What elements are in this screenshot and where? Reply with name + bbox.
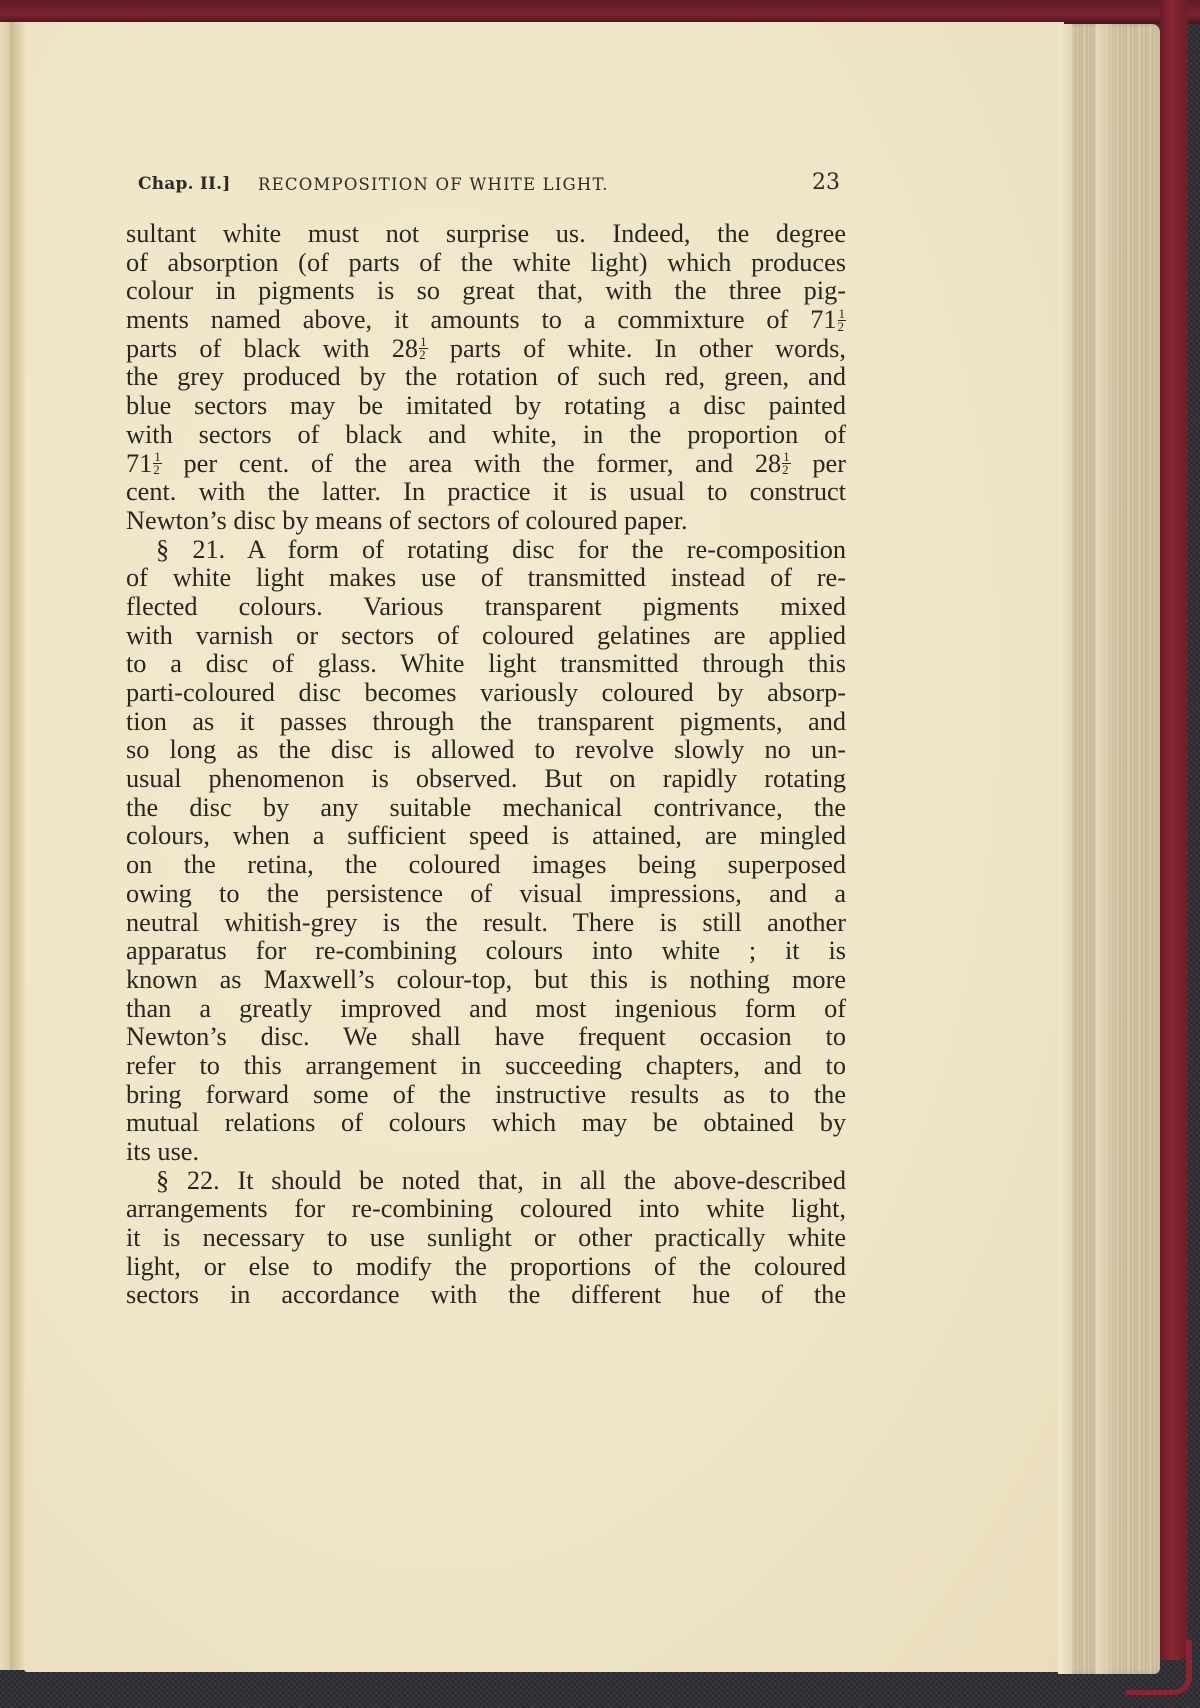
text-line: the disc by any suitable mechanical cont… (126, 794, 846, 823)
text-line: apparatus for re-combining colours into … (126, 937, 846, 966)
text-line: tion as it passes through the transparen… (126, 708, 846, 737)
text-line: arrangements for re-combining coloured i… (126, 1195, 846, 1224)
text-line: Newton’s disc. We shall have frequent oc… (126, 1023, 846, 1052)
text-line: flected colours. Various transparent pig… (126, 593, 846, 622)
text-line: light, or else to modify the proportions… (126, 1253, 846, 1282)
text-line: of white light makes use of transmitted … (126, 564, 846, 593)
text-line: § 21. A form of rotating disc for the re… (126, 536, 846, 565)
running-head: Chap. II.] RECOMPOSITION OF WHITE LIGHT.… (138, 170, 848, 200)
text-line: than a greatly improved and most ingenio… (126, 995, 846, 1024)
text-line: owing to the persistence of visual impre… (126, 880, 846, 909)
text-line: refer to this arrangement in succeeding … (126, 1052, 846, 1081)
text-line: parts of black with 2812 parts of white.… (126, 335, 846, 364)
fraction: 12 (838, 308, 847, 333)
gutter-shadow (10, 22, 26, 1670)
text-line: colour in pigments is so great that, wit… (126, 277, 846, 306)
text-line: known as Maxwell’s colour-top, but this … (126, 966, 846, 995)
text-line: cent. with the latter. In practice it is… (126, 478, 846, 507)
text-line: usual phenomenon is observed. But on rap… (126, 765, 846, 794)
text-line: of absorption (of parts of the white lig… (126, 249, 846, 278)
text-line: it is necessary to use sunlight or other… (126, 1224, 846, 1253)
text-line: so long as the disc is allowed to revolv… (126, 736, 846, 765)
fraction: 12 (153, 451, 162, 476)
text-line: with varnish or sectors of coloured gela… (126, 622, 846, 651)
text-line: blue sectors may be imitated by rotating… (126, 392, 846, 421)
running-title: RECOMPOSITION OF WHITE LIGHT. (258, 175, 609, 194)
text-line: mutual relations of colours which may be… (126, 1109, 846, 1138)
text-line: neutral whitish-grey is the result. Ther… (126, 909, 846, 938)
text-line: with sectors of black and white, in the … (126, 421, 846, 450)
text-line: the grey produced by the rotation of suc… (126, 363, 846, 392)
fraction: 12 (419, 336, 428, 361)
page-stack-fore-edge (1058, 24, 1160, 1674)
body-text: sultant white must not surprise us. Inde… (126, 220, 846, 1310)
text-line: colours, when a sufficient speed is atta… (126, 822, 846, 851)
text-line: § 22. It should be noted that, in all th… (126, 1167, 846, 1196)
text-line: 7112 per cent. of the area with the form… (126, 450, 846, 479)
text-line: on the retina, the coloured images being… (126, 851, 846, 880)
text-line: bring forward some of the instructive re… (126, 1081, 846, 1110)
text-line: Newton’s disc by means of sectors of col… (126, 507, 846, 536)
chapter-label: Chap. II.] (138, 174, 231, 194)
text-line: sectors in accordance with the different… (126, 1281, 846, 1310)
text-line: parti-coloured disc becomes variously co… (126, 679, 846, 708)
page-number: 23 (812, 170, 840, 195)
book-binding-spine (1160, 0, 1188, 1660)
text-line: to a disc of glass. White light transmit… (126, 650, 846, 679)
book-binding-top (0, 0, 1200, 24)
text-line: its use. (126, 1138, 846, 1167)
fraction: 12 (782, 451, 791, 476)
text-line: sultant white must not surprise us. Inde… (126, 220, 846, 249)
text-line: ments named above, it amounts to a commi… (126, 306, 846, 335)
